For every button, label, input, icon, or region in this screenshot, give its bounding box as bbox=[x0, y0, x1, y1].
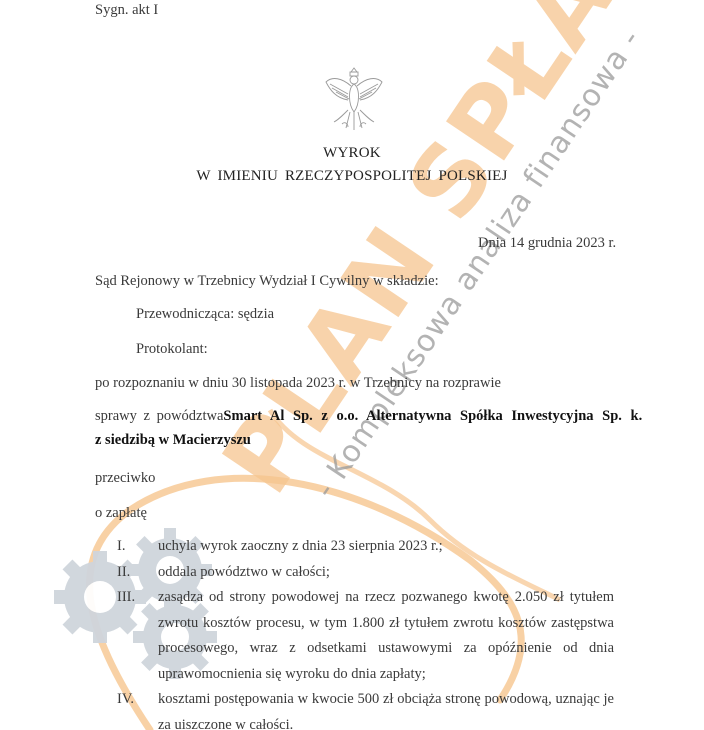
ruling-text-line: uprawomocnienia się wyroku do dnia zapła… bbox=[158, 665, 426, 683]
judgment-date: Dnia 14 grudnia 2023 r. bbox=[478, 234, 616, 252]
ruling-number: I. bbox=[117, 537, 125, 555]
ruling-text-line: procesowego, wraz z odsetkami ustawowymi… bbox=[158, 639, 614, 657]
ruling-text-line: oddala powództwo w całości; bbox=[158, 563, 330, 581]
court-clerk: Protokolant: bbox=[136, 340, 208, 358]
polish-eagle-emblem-icon bbox=[322, 64, 386, 136]
ruling-number: III. bbox=[117, 588, 135, 606]
hearing-line: po rozpoznaniu w dniu 30 listopada 2023 … bbox=[95, 374, 501, 392]
ruling-text-line: zwrotu kosztów procesu, w tym 1.800 zł t… bbox=[158, 614, 614, 632]
claim-line: sprawy z powództwa Smart Al Sp. z o.o. A… bbox=[95, 407, 615, 425]
ruling-text-line: za uiszczone w całości. bbox=[158, 716, 293, 730]
court-line: Sąd Rejonowy w Trzebnicy Wydział I Cywil… bbox=[95, 272, 439, 290]
ruling-number: II. bbox=[117, 563, 130, 581]
claim-prefix: sprawy z powództwa bbox=[95, 407, 223, 425]
judgment-content: Sygn. akt I WYROK W IMIENIU RZECZYPOSPOL… bbox=[0, 0, 704, 730]
against-label: przeciwko bbox=[95, 469, 155, 487]
ruling-text-line: uchyla wyrok zaoczny z dnia 23 sierpnia … bbox=[158, 537, 443, 555]
ruling-number: IV. bbox=[117, 690, 134, 708]
plaintiff-seat: z siedzibą w Macierzyszu bbox=[95, 431, 251, 449]
judgment-title: WYROK bbox=[0, 144, 704, 162]
document-page: PLAN SPŁATY - Kompleksowa analiza finans… bbox=[0, 0, 704, 730]
case-reference: Sygn. akt I bbox=[95, 1, 158, 19]
presiding-judge: Przewodnicząca: sędzia bbox=[136, 305, 274, 323]
plaintiff-name: Smart Al Sp. z o.o. Alternatywna Spółka … bbox=[223, 407, 642, 425]
judgment-subtitle: W IMIENIU RZECZYPOSPOLITEJ POLSKIEJ bbox=[0, 167, 704, 185]
subject-label: o zapłatę bbox=[95, 504, 147, 522]
ruling-text-line: zasądza od strony powodowej na rzecz poz… bbox=[158, 588, 614, 606]
ruling-text-line: kosztami postępowania w kwocie 500 zł ob… bbox=[158, 690, 614, 708]
